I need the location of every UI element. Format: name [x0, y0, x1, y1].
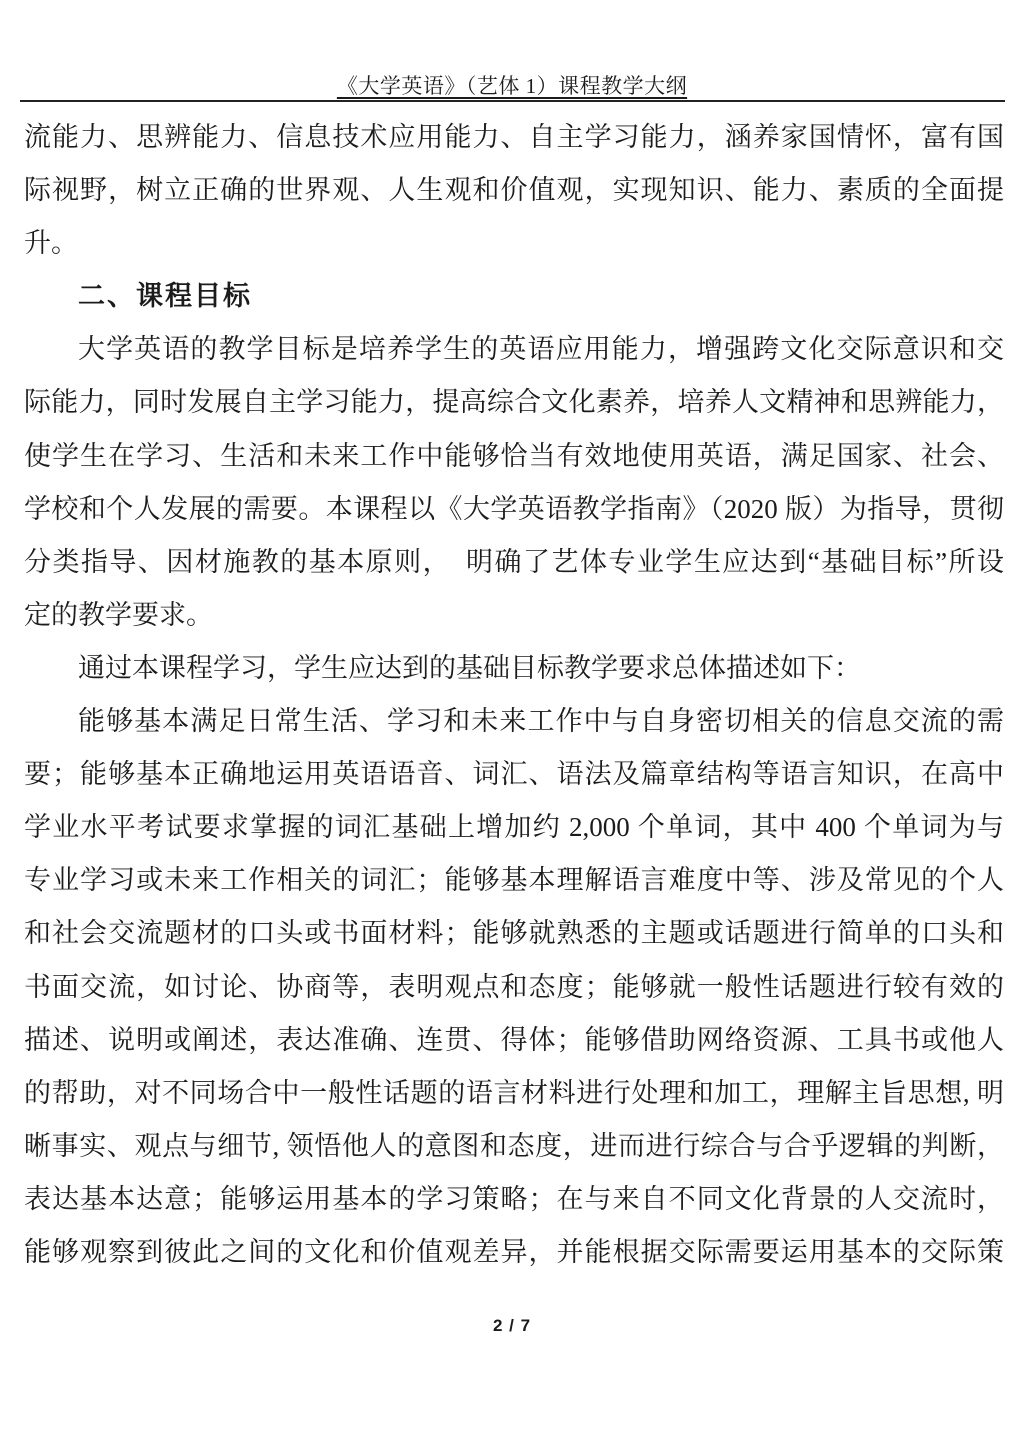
text-line: 专业学习或未来工作相关的词汇；能够基本理解语言难度中等、涉及常见的个人 [24, 854, 1004, 907]
text-line: 晰事实、观点与细节, 领悟他人的意图和态度，进而进行综合与合乎逻辑的判断， [24, 1120, 1004, 1173]
section-heading: 二、课程目标 [24, 270, 1004, 323]
header-divider [20, 100, 1005, 102]
text-line: 定的教学要求。 [24, 589, 1004, 642]
text-line: 的帮助，对不同场合中一般性话题的语言材料进行处理和加工，理解主旨思想, 明 [24, 1067, 1004, 1120]
text-line: 际视野，树立正确的世界观、人生观和价值观，实现知识、能力、素质的全面提 [24, 164, 1004, 217]
text-line: 流能力、思辨能力、信息技术应用能力、自主学习能力，涵养家国情怀，富有国 [24, 111, 1004, 164]
text-line: 际能力，同时发展自主学习能力，提高综合文化素养，培养人文精神和思辨能力， [24, 376, 1004, 429]
page-number: 2 / 7 [493, 1316, 531, 1335]
text-line: 和社会交流题材的口头或书面材料；能够就熟悉的主题或话题进行简单的口头和 [24, 907, 1004, 960]
text-line: 分类指导、因材施教的基本原则， 明确了艺体专业学生应达到“基础目标”所设 [24, 536, 1004, 589]
text-line: 大学英语的教学目标是培养学生的英语应用能力，增强跨文化交际意识和交 [24, 323, 1004, 376]
document-page: 《大学英语》（艺体 1）课程教学大纲 流能力、思辨能力、信息技术应用能力、自主学… [0, 0, 1024, 1447]
page-header-title: 《大学英语》（艺体 1）课程教学大纲 [337, 74, 687, 98]
text-line: 书面交流，如讨论、协商等，表明观点和态度；能够就一般性话题进行较有效的 [24, 961, 1004, 1014]
text-line: 升。 [24, 217, 1004, 270]
text-line: 表达基本达意；能够运用基本的学习策略；在与来自不同文化背景的人交流时， [24, 1173, 1004, 1226]
text-line: 要；能够基本正确地运用英语语音、词汇、语法及篇章结构等语言知识，在高中 [24, 748, 1004, 801]
text-line: 描述、说明或阐述，表达准确、连贯、得体；能够借助网络资源、工具书或他人 [24, 1014, 1004, 1067]
text-line: 能够观察到彼此之间的文化和价值观差异，并能根据交际需要运用基本的交际策 [24, 1226, 1004, 1279]
text-line: 使学生在学习、生活和未来工作中能够恰当有效地使用英语，满足国家、社会、 [24, 430, 1004, 483]
text-line: 学业水平考试要求掌握的词汇基础上增加约 2,000 个单词，其中 400 个单词… [24, 801, 1004, 854]
text-line: 通过本课程学习，学生应达到的基础目标教学要求总体描述如下： [24, 642, 1004, 695]
text-line: 能够基本满足日常生活、学习和未来工作中与自身密切相关的信息交流的需 [24, 695, 1004, 748]
document-body: 流能力、思辨能力、信息技术应用能力、自主学习能力，涵养家国情怀，富有国际视野，树… [24, 111, 1004, 1279]
page-header: 《大学英语》（艺体 1）课程教学大纲 [0, 70, 1024, 100]
text-line: 学校和个人发展的需要。本课程以《大学英语教学指南》（2020 版）为指导，贯彻 [24, 483, 1004, 536]
page-footer: 2 / 7 [0, 1316, 1024, 1336]
